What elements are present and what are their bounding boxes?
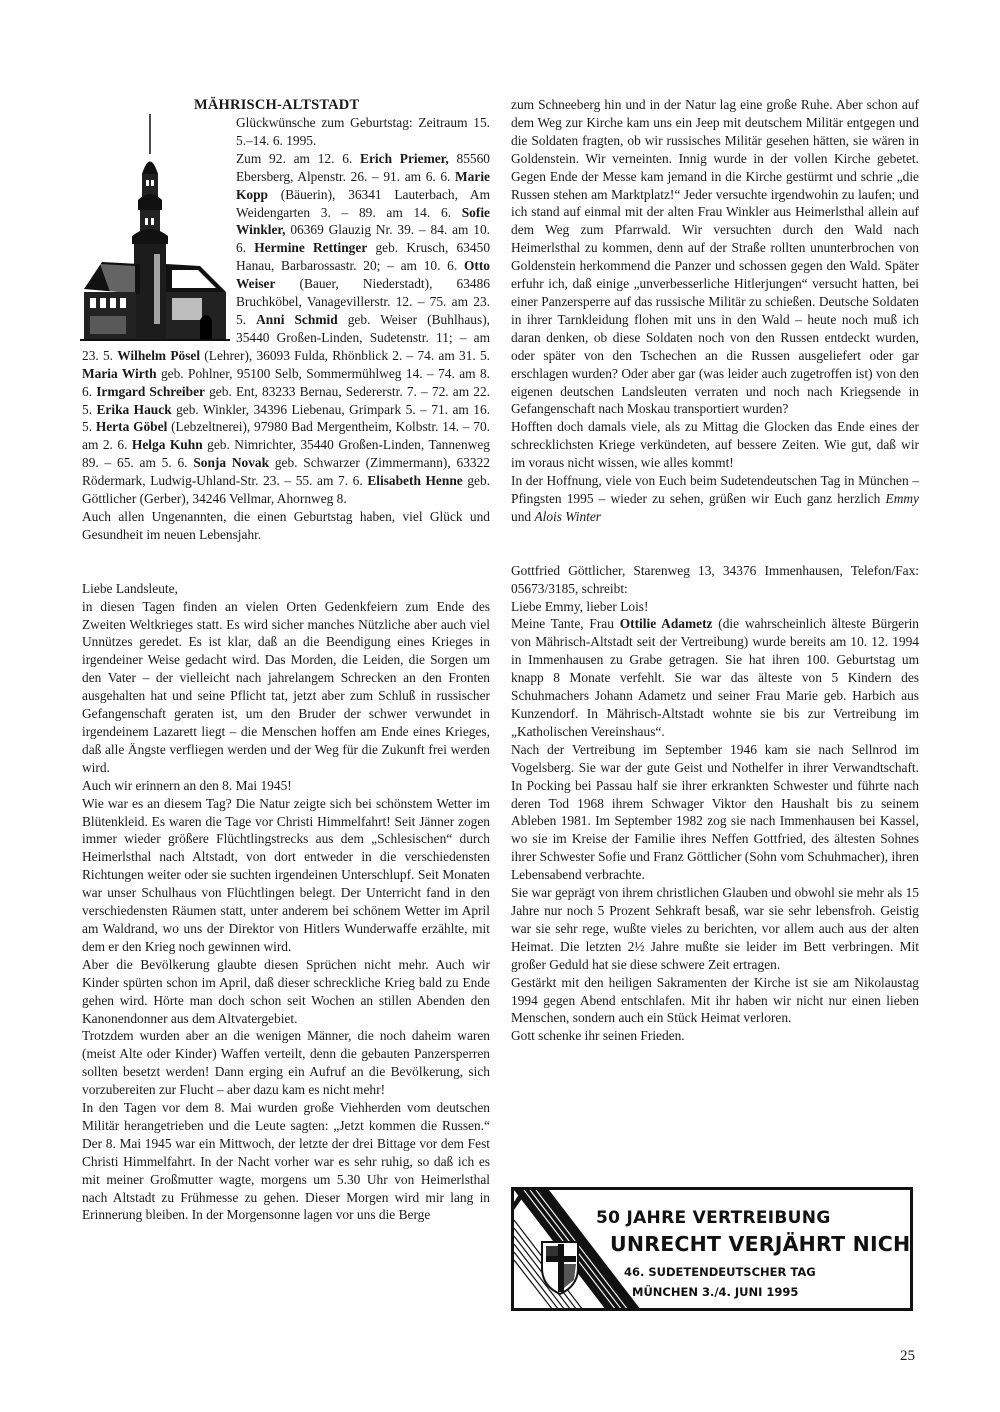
birthday-entry: Zum 92. am 12. 6. Erich Priemer, 85560 E… — [236, 151, 490, 184]
celebrant-name: Hermine Rettinger — [254, 240, 367, 255]
banner-event: 46. SUDETENDEUTSCHER TAG — [624, 1265, 816, 1279]
signature-name: Emmy — [886, 491, 919, 506]
birthday-entry: Wilhelm Pösel (Lehrer), 36093 Fulda, Rhö… — [117, 348, 490, 363]
letter-closing: In der Hoffnung, viele von Euch beim Sud… — [511, 472, 919, 526]
church-icon — [80, 114, 230, 342]
left-column: MÄHRISCH-ALTSTADT Glückwünsche zum — [82, 96, 490, 1224]
letter-paragraph: Aber die Bevölkerung glaubte diesen Sprü… — [82, 956, 490, 1028]
celebrant-name: Erich Priemer, — [360, 151, 449, 166]
banner-slogan: UNRECHT VERJÄHRT NICHT — [610, 1232, 913, 1256]
birthday-closing: Auch allen Ungenannten, die einen Geburt… — [82, 508, 490, 544]
signature-name: Alois Winter — [534, 509, 601, 524]
second-letter-paragraph: Gott schenke ihr seinen Frieden. — [511, 1027, 919, 1045]
letter-paragraph: zum Schneeberg hin und in der Natur lag … — [511, 96, 919, 418]
celebrant-name: Elisabeth Henne — [367, 473, 462, 488]
letter-salutation: Liebe Landsleute, — [82, 580, 490, 598]
spacer — [511, 526, 919, 562]
birthday-entry: Hermine Rettinger geb. Krusch, 63450 Han… — [236, 240, 490, 273]
second-letter-paragraph: Meine Tante, Frau Ottilie Adametz (die w… — [511, 615, 919, 740]
coat-of-arms-icon — [542, 1242, 578, 1294]
celebrant-name: Erika Hauck — [97, 402, 172, 417]
letter-paragraph: Trotzdem wurden aber an die wenigen Männ… — [82, 1027, 490, 1099]
banner-headline: 50 JAHRE VERTREIBUNG — [596, 1208, 831, 1228]
celebrant-name: Herta Göbel — [96, 419, 167, 434]
section-title: MÄHRISCH-ALTSTADT — [194, 96, 490, 114]
right-column: zum Schneeberg hin und in der Natur lag … — [511, 96, 919, 1045]
second-letter-paragraph: Nach der Vertreibung im September 1946 k… — [511, 741, 919, 884]
second-letter-paragraph: Sie war geprägt von ihrem christlichen G… — [511, 884, 919, 974]
celebrant-name: Maria Wirth — [82, 366, 157, 381]
letter-paragraph: in diesen Tagen finden an vielen Orten G… — [82, 598, 490, 777]
second-letter-paragraph: Gestärkt mit den heiligen Sakramenten de… — [511, 974, 919, 1028]
celebrant-name: Sonja Novak — [193, 455, 269, 470]
second-letter-header: Gottfried Göttlicher, Starenweg 13, 3437… — [511, 562, 919, 598]
letter-paragraph: Wie war es an diesem Tag? Die Natur zeig… — [82, 795, 490, 956]
page-number: 25 — [900, 1348, 915, 1365]
event-banner: 50 JAHRE VERTREIBUNG UNRECHT VERJÄHRT NI… — [511, 1187, 913, 1311]
deceased-name: Ottilie Adametz — [620, 616, 713, 631]
celebrant-name: Anni Schmid — [256, 312, 338, 327]
letter-paragraph: Hofften doch damals viele, als zu Mittag… — [511, 418, 919, 472]
spacer — [82, 544, 490, 580]
letter-paragraph: Auch wir erinnern an den 8. Mai 1945! — [82, 777, 490, 795]
celebrant-name: Helga Kuhn — [132, 437, 203, 452]
church-illustration — [80, 114, 230, 344]
banner-date-location: MÜNCHEN 3./4. JUNI 1995 — [632, 1285, 798, 1299]
letter-paragraph: In den Tagen vor dem 8. Mai wurden große… — [82, 1099, 490, 1224]
celebrant-name: Irmgard Schreiber — [96, 384, 205, 399]
second-letter-salutation: Liebe Emmy, lieber Lois! — [511, 598, 919, 616]
celebrant-name: Wilhelm Pösel — [117, 348, 200, 363]
